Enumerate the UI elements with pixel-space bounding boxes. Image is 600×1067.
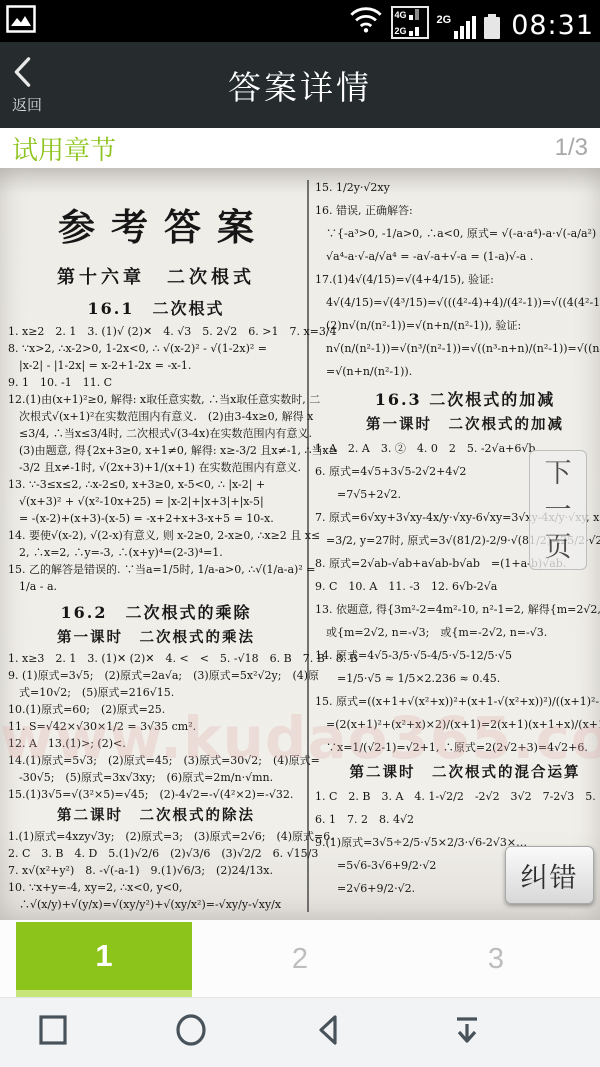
gallery-notification-icon [6, 5, 36, 38]
hide-bar-arrow-down-icon [448, 1011, 486, 1054]
answer-line: 12.(1)由(x+1)²≥0, 解得: x取任意实数, ∴当x取任意实数时, … [8, 391, 304, 408]
answer-line: 第二课时 二次根式的除法 [8, 805, 304, 827]
page-tab[interactable]: 2 [212, 922, 388, 997]
answer-line: = -(x-2)+(x+3)-(x-5) = -x+2+x+3-x+5 = 10… [8, 510, 304, 527]
answer-line: 或{m=2√2, n=-√3; 或{m=-2√2, n=-√3. [315, 621, 600, 644]
answer-line: 9. 1 10. -1 11. C [8, 374, 304, 391]
nav-home-button[interactable] [168, 1010, 214, 1056]
answer-line: 16.3 二次根式的加减 [315, 388, 600, 411]
answer-line: 2, ∴x=2, ∴y=-3, ∴(x+y)⁴=(2-3)⁴=1. [8, 544, 304, 561]
answer-line: 13. ∵-3≤x≤2, ∴x-2≤0, x+3≥0, x-5<0, ∴ |x-… [8, 476, 304, 493]
nav-recents-button[interactable] [30, 1010, 76, 1056]
answer-line: 参考答案 [8, 204, 304, 250]
answer-line: =1/5·√5 ≈ 1/5×2.236 ≈ 0.45. [315, 667, 600, 690]
answer-line: 1. x≥2 2. 1 3. (1)√ (2)✕ 4. √3 5. 2√2 6.… [8, 323, 304, 340]
dual-sim-signal-icon: 4G 2G [391, 6, 429, 39]
header: 返回 答案详情 [0, 42, 600, 128]
answer-line: ≤3/4, ∴当x≤3/4时, 二次根式√(3-4x)在实数范围内有意义. [8, 425, 304, 442]
nav-hide-button[interactable] [444, 1010, 490, 1056]
answer-line: 9. (1)原式=3√5; (2)原式=2a√a; (3)原式=5x²√2y; … [8, 667, 304, 684]
android-nav-bar [0, 997, 600, 1067]
page-indicator: 1/3 [555, 134, 588, 162]
answer-line: 第二课时 二次根式的混合运算 [315, 761, 600, 784]
answer-line: n√(n/(n²-1))=√(n³/(n²-1))=√((n³-n+n)/(n²… [315, 337, 600, 360]
answer-line: 16.1 二次根式 [8, 296, 304, 321]
answer-line: =(2(x+1)²+(x²+x)×2)/(x+1)=2(x+1)(x+1+x)/… [315, 713, 600, 736]
status-icons: 4G 2G 2G 08:31 [349, 4, 595, 39]
wifi-icon [349, 4, 383, 39]
answer-line: 第一课时 二次根式的加减 [315, 413, 600, 436]
answer-line: 15.(1)3√5=√(3²×5)=√45; (2)-4√2=-√(4²×2)=… [8, 786, 304, 803]
page-title: 答案详情 [228, 62, 372, 109]
back-button[interactable]: 返回 [10, 50, 88, 120]
chapter-label: 试用章节 [12, 130, 116, 167]
answer-line: ∵x=1/(√2-1)=√2+1, ∴原式=2(2√2+3)=4√2+6. [315, 736, 600, 759]
answer-line: 8. ∵x>2, ∴x-2>0, 1-2x<0, ∴ √(x-2)² - √(1… [8, 340, 304, 357]
answer-line: (3)由题意, 得{2x+3≥0, x+1≠0, 解得: x≥-3/2 且x≠-… [8, 442, 304, 459]
answer-line: 1/a - a. [8, 578, 304, 595]
back-triangle-icon [310, 1011, 348, 1054]
answer-line: =√(n+n/(n²-1)). [315, 360, 600, 383]
answer-line: 式=10√2; (5)原式=216√15. [8, 684, 304, 701]
report-error-label: 纠错 [521, 856, 579, 895]
answer-line: 1.(1)原式=4xzy√3y; (2)原式=3; (3)原式=2√6; (4)… [8, 828, 304, 845]
status-bar: 4G 2G 2G 08:31 [0, 0, 600, 42]
page-tabs: 123 [0, 920, 600, 997]
answer-line: -30√5; (5)原式=3x√3xy; (6)原式=2m/n·√mn. [8, 769, 304, 786]
answer-line: 15. 原式=((x+1+√(x²+x))²+(x+1-√(x²+x))²)/(… [315, 690, 600, 713]
answer-line: 次根式√(x+1)²在实数范围内有意义. (2)由3-4x≥0, 解得 x [8, 408, 304, 425]
scan-left-column: 参考答案第十六章 二次根式16.1 二次根式1. x≥2 2. 1 3. (1)… [8, 190, 304, 913]
scan-viewport[interactable]: 参考答案第十六章 二次根式16.1 二次根式1. x≥2 2. 1 3. (1)… [0, 168, 600, 920]
answer-line: 14. 要使√(x-2), √(2-x)有意义, 则 x-2≥0, 2-x≥0,… [8, 527, 304, 544]
battery-icon [484, 14, 500, 39]
answer-line: 14.(1)原式=5√3; (2)原式=45; (3)原式=30√2; (4)原… [8, 752, 304, 769]
answer-line: 4√(4/15)=√(4³/15)=√(((4²-4)+4)/(4²-1))=√… [315, 291, 600, 314]
answer-line: √a⁴-a·√-a/√a⁴ = -a√-a+√-a = (1-a)√-a . [315, 245, 600, 268]
answer-line: 11. S=√42×√30×1/2 = 3√35 cm². [8, 718, 304, 735]
recents-square-icon [34, 1011, 72, 1054]
page-tab[interactable]: 3 [408, 922, 584, 997]
answer-line: 14. 原式=4√5-3/5·√5-4/5·√5-12/5·√5 [315, 644, 600, 667]
answer-line: 1. x≥3 2. 1 3. (1)✕ (2)✕ 4. < < 5. -√18 … [8, 650, 304, 667]
answer-line: |x-2| - |1-2x| = x-2+1-2x = -x-1. [8, 357, 304, 374]
network-type-label: 2G [437, 16, 452, 25]
clock: 08:31 [511, 12, 594, 39]
back-chevron-icon [10, 56, 88, 93]
answer-line: 7. x√(x²+y²) 8. -√(-a-1) 9.(1)√6/3; (2)2… [8, 862, 304, 879]
answer-line: 10. ∵x+y=-4, xy=2, ∴x<0, y<0, [8, 879, 304, 896]
app-screen: 4G 2G 2G 08:31 [0, 0, 600, 1067]
answer-line: 13. 依题意, 得{3m²-2=4m²-10, n²-1=2, 解得{m=2√… [315, 598, 600, 621]
next-page-button[interactable]: 下一页 [529, 450, 587, 570]
sim1-network-label: 4G [395, 11, 407, 20]
answer-line: 1. C 2. B 3. A 4. 1-√2/2 -2√2 3√2 7-2√3 … [315, 785, 600, 808]
answer-line: √(x+3)² + √(x²-10x+25) = |x-2|+|x+3|+|x-… [8, 493, 304, 510]
answer-line: (2)n√(n/(n²-1))=√(n+n/(n²-1)), 验证: [315, 314, 600, 337]
sim2-network-label: 2G [395, 27, 407, 36]
answer-line: 15. 乙的解答是错误的. ∵当a=1/5时, 1/a-a>0, ∴√(1/a-… [8, 561, 304, 578]
page-tab[interactable]: 1 [16, 922, 192, 997]
answer-line: -3/2 且x≠-1时, √(2x+3)+1/(x+1) 在实数范围内有意义. [8, 459, 304, 476]
answer-line: 16.2 二次根式的乘除 [8, 600, 304, 625]
answer-line: 第十六章 二次根式 [8, 264, 304, 291]
answer-line: 12. A 13.(1)>; (2)<. [8, 735, 304, 752]
back-label: 返回 [12, 94, 88, 115]
answer-line: 6. 1 7. 2 8. 4√2 [315, 808, 600, 831]
answer-line: 9. C 10. A 11. -3 12. 6√b-2√a [315, 575, 600, 598]
column-divider [307, 180, 309, 912]
next-page-label: 下一页 [544, 455, 572, 566]
signal-bars-icon: 2G [437, 16, 477, 39]
nav-back-button[interactable] [306, 1010, 352, 1056]
answer-line: ∵{-a³>0, -1/a>0, ∴a<0, 原式= √(-a·a⁴)-a·√(… [315, 222, 600, 245]
report-error-button[interactable]: 纠错 [505, 846, 594, 904]
answer-line: 第一课时 二次根式的乘法 [8, 627, 304, 649]
answer-line: ∴√(x/y)+√(y/x)=√(xy/y²)+√(xy/x²)=-√xy/y-… [8, 896, 304, 913]
subheader: 试用章节 1/3 [0, 128, 600, 168]
answer-line: 15. 1/2y·√2xy [315, 176, 600, 199]
answer-line: 2. C 3. B 4. D 5.(1)√2/6 (2)√3/6 (3)√2/2… [8, 845, 304, 862]
answer-line: 16. 错误, 正确解答: [315, 199, 600, 222]
answer-line: 17.(1)4√(4/15)=√(4+4/15), 验证: [315, 268, 600, 291]
home-circle-icon [172, 1011, 210, 1054]
answer-line: 10.(1)原式=60; (2)原式=25. [8, 701, 304, 718]
